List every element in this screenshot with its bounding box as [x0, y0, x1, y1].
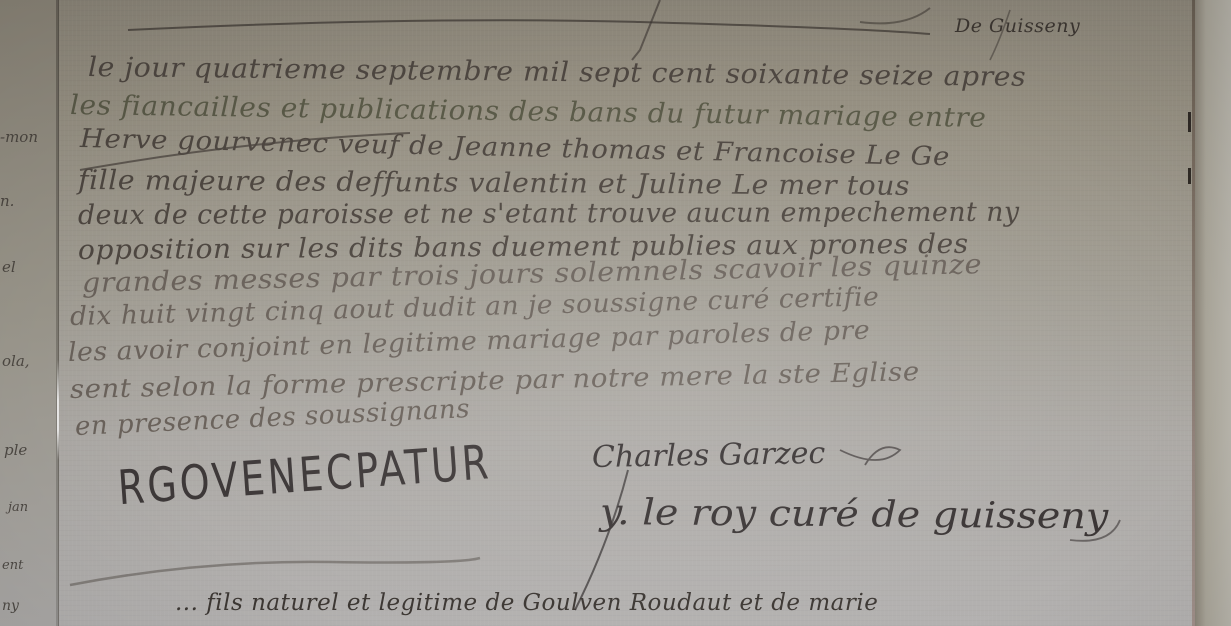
margin-fragment: ent: [2, 558, 23, 573]
margin-fragment: -mon: [0, 128, 38, 146]
margin-note-parish: De Guisseny: [955, 15, 1080, 37]
record-line-4: fille majeure des deffunts valentin et J…: [78, 165, 910, 202]
signature-witness: Charles Garzec: [592, 436, 826, 475]
record-line-1: le jour quatrieme septembre mil sept cen…: [88, 52, 1026, 93]
margin-fragment: ola,: [2, 352, 30, 370]
next-entry-line: ... fils naturel et legitime de Goulven …: [175, 590, 878, 616]
margin-fragment: el: [2, 258, 16, 276]
fold-highlight: [57, 360, 59, 460]
signature-groom-mark: RGOVENECPATUR: [116, 434, 493, 515]
signature-priest: y. le roy curé de guisseny: [600, 492, 1109, 537]
binding-gutter: [1195, 0, 1231, 626]
page-fold: [56, 0, 59, 626]
adjacent-page-strip: [0, 0, 59, 626]
margin-fragment: n.: [0, 192, 14, 210]
record-line-5: deux de cette paroisse et ne s'etant tro…: [78, 197, 1020, 231]
ink-mark: [1188, 168, 1191, 184]
margin-fragment: ple: [4, 441, 27, 459]
register-page-photo: -mon n. el ola, ple jan ent ny De Guisse…: [0, 0, 1231, 626]
ink-mark: [1188, 112, 1191, 132]
margin-fragment: ny: [2, 598, 19, 614]
margin-fragment: jan: [8, 500, 28, 515]
